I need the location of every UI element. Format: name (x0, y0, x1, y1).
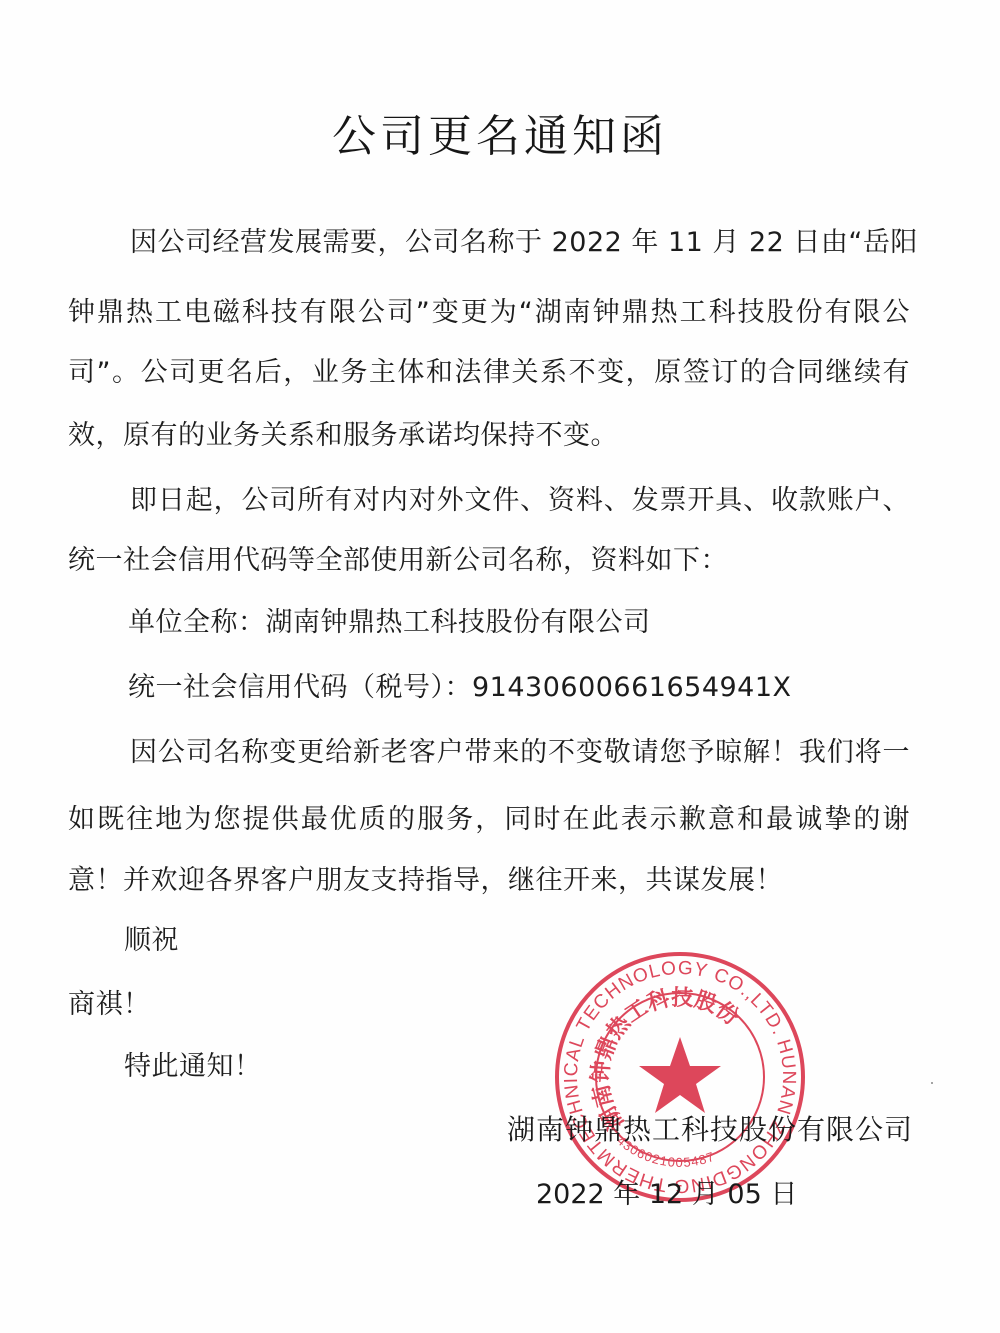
company-full-name-row: 单位全称：湖南钟鼎热工科技股份有限公司 (128, 600, 651, 639)
seal-star-icon (639, 1037, 721, 1113)
paragraph1-line3: 司”。公司更名后，业务主体和法律关系不变，原签订的合同继续有 (68, 350, 910, 389)
svg-text:HUNAN ZHONGDING THERMTECHNICAL: HUNAN ZHONGDING THERMTECHNICAL TECHNOLOG… (553, 950, 807, 1204)
paragraph3-line3: 意！并欢迎各界客户朋友支持指导，继往开来，共谋发展！ (68, 858, 783, 897)
signature-date: 2022 年 12 月 05 日 (536, 1172, 797, 1211)
scan-speck (931, 1082, 933, 1084)
credit-code-row: 统一社会信用代码（税号）：91430600661654941X (128, 665, 792, 704)
paragraph1-line4: 效，原有的业务关系和服务承诺均保持不变。 (68, 413, 618, 452)
paragraph2-line2: 统一社会信用代码等全部使用新公司名称，资料如下： (68, 538, 728, 577)
full-name-value: 湖南钟鼎热工科技股份有限公司 (266, 607, 651, 638)
paragraph3-line2: 如既往地为您提供最优质的服务，同时在此表示歉意和最诚挚的谢 (68, 797, 910, 836)
closing-notice: 特此通知！ (124, 1044, 262, 1083)
company-seal-stamp: HUNAN ZHONGDING THERMTECHNICAL TECHNOLOG… (553, 950, 807, 1204)
document-page: 公司更名通知函 因公司经营发展需要，公司名称于 2022 年 11 月 22 日… (0, 0, 1000, 1333)
paragraph2-line1: 即日起，公司所有对内对外文件、资料、发票开具、收款账户、 (130, 478, 910, 517)
full-name-label: 单位全称： (128, 607, 266, 638)
signature-company: 湖南钟鼎热工科技股份有限公司 (507, 1108, 913, 1148)
paragraph1-line2: 钟鼎热工电磁科技有限公司”变更为“湖南钟鼎热工科技股份有限公 (68, 290, 910, 329)
credit-code-label: 统一社会信用代码（税号）： (128, 672, 472, 703)
document-title: 公司更名通知函 (0, 100, 1000, 164)
seal-outer-text: HUNAN ZHONGDING THERMTECHNICAL TECHNOLOG… (553, 950, 807, 1204)
closing-wish-line1: 顺祝 (124, 918, 179, 957)
paragraph3-line1: 因公司名称变更给新老客户带来的不变敬请您予晾解！我们将一 (130, 730, 910, 769)
paragraph1-line1: 因公司经营发展需要，公司名称于 2022 年 11 月 22 日由“岳阳 (130, 220, 910, 259)
credit-code-value: 91430600661654941X (472, 672, 792, 703)
closing-wish-line2: 商祺！ (68, 982, 151, 1021)
